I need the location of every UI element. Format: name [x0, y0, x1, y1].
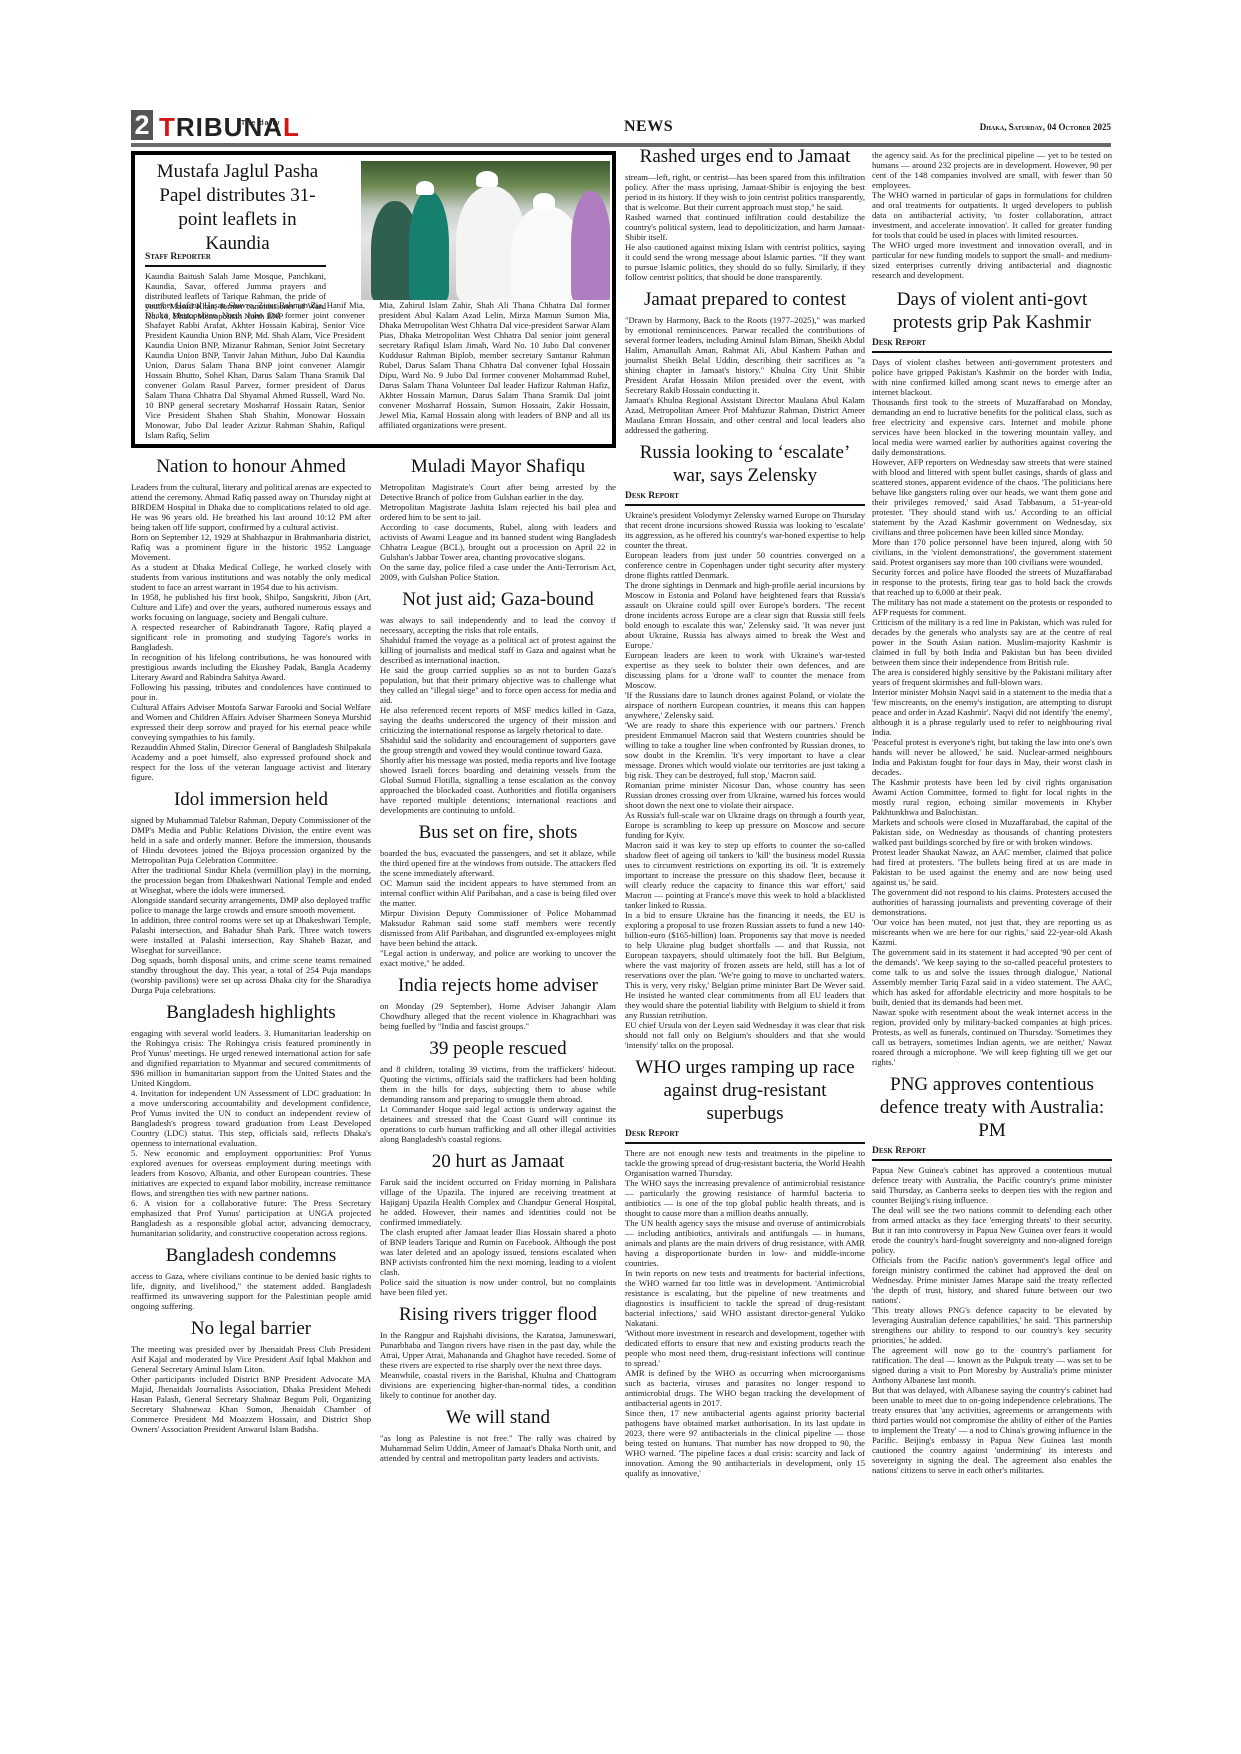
story-paragraph: The WHO urged more investment and innova…: [872, 240, 1112, 280]
story-paragraph: Cultural Affairs Adviser Mostofa Sarwar …: [131, 702, 371, 742]
story-body: "as long as Palestine is not free." The …: [380, 1433, 616, 1463]
story-headline: Rashed urges end to Jamaat: [625, 145, 865, 168]
story-headline: 20 hurt as Jamaat: [380, 1150, 616, 1173]
story-body: boarded the bus, evacuated the passenger…: [380, 848, 616, 968]
story-paragraph: 5. New economic and employment opportuni…: [131, 1148, 371, 1198]
story-body: Ukraine's president Volodymyr Zelensky w…: [625, 510, 865, 1050]
story-paragraph: The agreement will now go to the country…: [872, 1345, 1112, 1385]
story-paragraph: But that was delayed, with Albanese sayi…: [872, 1385, 1112, 1475]
story-headline: Muladi Mayor Shafiqu: [380, 455, 616, 478]
story-paragraph: Shortly after his message was posted, me…: [380, 755, 616, 815]
story-body: engaging with several world leaders. 3. …: [131, 1028, 371, 1238]
story-paragraph: "as long as Palestine is not free." The …: [380, 1433, 616, 1463]
story-paragraph: Markets and schools were closed in Muzaf…: [872, 817, 1112, 847]
story-paragraph: The government did not respond to his cl…: [872, 887, 1112, 917]
story-byline: Desk Report: [625, 491, 865, 506]
story-headline: Rising rivers trigger flood: [380, 1303, 616, 1326]
story-headline: Not just aid; Gaza-bound: [380, 588, 616, 611]
story-paragraph: Rashed warned that continued infiltratio…: [625, 212, 865, 242]
story-paragraph: Romanian prime minister Nicosur Dan, who…: [625, 780, 865, 810]
story-paragraph: In addition, three control rooms were se…: [131, 915, 371, 955]
story-india-rejects-home-adviser: India rejects home adviseron Monday (29 …: [380, 974, 616, 1031]
story-paragraph: Rezauddin Ahmed Stalin, Director General…: [131, 742, 371, 782]
story-paragraph: The WHO warned in particular of gaps in …: [872, 190, 1112, 240]
story-paragraph: A respected researcher of Rabindranath T…: [131, 622, 371, 652]
logo-tagline: The daily: [241, 111, 280, 137]
story-jamaat-prepared-to-contest: Jamaat prepared to contest"Drawn by Harm…: [625, 288, 865, 435]
story-paragraph: The WHO says the increasing prevalence o…: [625, 1178, 865, 1218]
story-byline: Desk Report: [872, 1146, 1112, 1161]
story-paragraph: Interior minister Mohsin Naqvi said in a…: [872, 687, 1112, 737]
story-paragraph: Officials from the Pacific nation's gove…: [872, 1255, 1112, 1305]
story-body: There are not enough new tests and treat…: [625, 1148, 865, 1478]
story-paragraph: In recognition of his lifelong contribut…: [131, 652, 371, 682]
story-paragraph: Faruk said the incident occurred on Frid…: [380, 1177, 616, 1227]
column-1: Nation to honour AhmedLeaders from the c…: [131, 455, 371, 1440]
story-paragraph: Papua New Guinea's cabinet has approved …: [872, 1165, 1112, 1205]
story-paragraph: The deal will see the two nations commit…: [872, 1205, 1112, 1255]
story-headline: PNG approves contentious defence treaty …: [872, 1073, 1112, 1142]
story-paragraph: 'We are ready to share this experience w…: [625, 720, 865, 780]
story-paragraph: The UN health agency says the misuse and…: [625, 1218, 865, 1268]
story-paragraph: boarded the bus, evacuated the passenger…: [380, 848, 616, 878]
story-body: stream—left, right, or centrist—has been…: [625, 172, 865, 282]
story-paragraph: Mirpur Division Deputy Commissioner of P…: [380, 908, 616, 948]
story-paragraph: He also referenced recent reports of MSF…: [380, 705, 616, 735]
story-headline: No legal barrier: [131, 1317, 371, 1340]
story-body: In the Rangpur and Rajshahi divisions, t…: [380, 1330, 616, 1400]
story-paragraph: signed by Muhammad Talebur Rahman, Deput…: [131, 815, 371, 865]
story-bangladesh-condemns: Bangladesh condemnsaccess to Gaza, where…: [131, 1244, 371, 1311]
story-paragraph: Dog squads, bomb disposal units, and cri…: [131, 955, 371, 995]
story-paragraph: stream—left, right, or centrist—has been…: [625, 172, 865, 212]
story-paragraph: He said the group carried supplies so as…: [380, 665, 616, 705]
story-paragraph: Nawaz spoke with resentment about the we…: [872, 1007, 1112, 1067]
newspaper-page: 2 The daily TRIBUNAL NEWS Dhaka, Saturda…: [0, 0, 1241, 1754]
story-paragraph: Shahidul said the solidarity and encoura…: [380, 735, 616, 755]
story-paragraph: Criticism of the military is a red line …: [872, 617, 1112, 667]
story-headline: India rejects home adviser: [380, 974, 616, 997]
story-paragraph: In the Rangpur and Rajshahi divisions, t…: [380, 1330, 616, 1370]
story-paragraph: 'If the Russians dare to launch drones a…: [625, 690, 865, 720]
story-rashed-urges-end-to-jamaat: Rashed urges end to Jamaatstream—left, r…: [625, 145, 865, 282]
story-paragraph: However, AFP reporters on Wednesday saw …: [872, 457, 1112, 537]
story-paragraph: 'Without more investment in research and…: [625, 1328, 865, 1368]
story-paragraph: Macron said it was key to step up effort…: [625, 840, 865, 910]
story-39-people-rescued: 39 people rescuedand 8 children, totalin…: [380, 1037, 616, 1144]
story-20-hurt-as-jamaat: 20 hurt as JamaatFaruk said the incident…: [380, 1150, 616, 1297]
story-byline: Desk Report: [625, 1129, 865, 1144]
story-headline: 39 people rescued: [380, 1037, 616, 1060]
story-body: signed by Muhammad Talebur Rahman, Deput…: [131, 815, 371, 995]
story-paragraph: and 8 children, totaling 39 victims, fro…: [380, 1064, 616, 1104]
story-bangladesh-highlights: Bangladesh highlightsengaging with sever…: [131, 1001, 371, 1238]
story-paragraph: The government said in its statement it …: [872, 947, 1112, 1007]
story-paragraph: On the same day, police filed a case und…: [380, 562, 616, 582]
story-muladi-mayor-shafiqu: Muladi Mayor ShafiquMetropolitan Magistr…: [380, 455, 616, 582]
who-continued-text: the agency said. As for the preclinical …: [872, 150, 1112, 280]
story-paragraph: In twin reports on new tests and treatme…: [625, 1268, 865, 1328]
feature-photo: [361, 161, 610, 300]
story-headline: Idol immersion held: [131, 788, 371, 811]
story-paragraph: Metropolitan Magistrate Jashita Islam re…: [380, 502, 616, 522]
story-body: Faruk said the incident occurred on Frid…: [380, 1177, 616, 1297]
story-paragraph: As Russia's full-scale war on Ukraine dr…: [625, 810, 865, 840]
story-nation-to-honour-ahmed: Nation to honour AhmedLeaders from the c…: [131, 455, 371, 782]
feature-headline: Mustafa Jaglul Pasha Papel distributes 3…: [145, 160, 330, 256]
story-paragraph: Police said the situation is now under c…: [380, 1277, 616, 1297]
story-body: was always to sail independently and to …: [380, 615, 616, 815]
story-headline: WHO urges ramping up race against drug-r…: [625, 1056, 865, 1125]
story-not-just-aid-gaza-bound: Not just aid; Gaza-boundwas always to sa…: [380, 588, 616, 815]
story-paragraph: access to Gaza, where civilians continue…: [131, 1271, 371, 1311]
tribunal-logo: 2 The daily TRIBUNAL: [131, 110, 300, 140]
story-paragraph: Days of violent clashes between anti-gov…: [872, 357, 1112, 397]
story-paragraph: engaging with several world leaders. 3. …: [131, 1028, 371, 1088]
story-paragraph: 'Our voice has been muted, not just that…: [872, 917, 1112, 947]
story-days-of-violent-anti-govt-protests-grip-: Days of violent anti-govt protests grip …: [872, 288, 1112, 1067]
section-title: NEWS: [624, 118, 673, 136]
column-4: the agency said. As for the preclinical …: [872, 150, 1112, 1481]
story-headline: Bangladesh highlights: [131, 1001, 371, 1024]
logo-page-number: 2: [131, 110, 153, 140]
story-paragraph: In a bid to ensure Ukraine has the finan…: [625, 910, 865, 1020]
column-2: Muladi Mayor ShafiquMetropolitan Magistr…: [380, 455, 616, 1469]
story-headline: Bangladesh condemns: [131, 1244, 371, 1267]
story-paragraph: on Monday (29 September), Home Adviser J…: [380, 1001, 616, 1031]
story-paragraph: Other participants included District BNP…: [131, 1374, 371, 1434]
column-3: Rashed urges end to Jamaatstream—left, r…: [625, 145, 865, 1484]
story-paragraph: As a student at Dhaka Medical College, h…: [131, 562, 371, 592]
story-paragraph: Born on September 12, 1929 at Shahbazpur…: [131, 532, 371, 562]
story-paragraph: Metropolitan Magistrate's Court after be…: [380, 482, 616, 502]
story-russia-looking-to-escalate-war-says-zele: Russia looking to ‘escalate’ war, says Z…: [625, 441, 865, 1050]
story-paragraph: Security forces and police have flooded …: [872, 567, 1112, 597]
story-body: Metropolitan Magistrate's Court after be…: [380, 482, 616, 582]
story-body: Leaders from the cultural, literary and …: [131, 482, 371, 782]
feature-header: Mustafa Jaglul Pasha Papel distributes 3…: [145, 160, 330, 256]
story-paragraph: He also cautioned against mixing Islam w…: [625, 242, 865, 282]
story-body: "Drawn by Harmony, Back to the Roots (19…: [625, 315, 865, 435]
story-paragraph: More than 170 police personnel have been…: [872, 537, 1112, 567]
story-paragraph: OC Mamun said the incident appears to ha…: [380, 878, 616, 908]
story-png-approves-contentious-defence-treaty-: PNG approves contentious defence treaty …: [872, 1073, 1112, 1475]
story-paragraph: the agency said. As for the preclinical …: [872, 150, 1112, 190]
story-headline: Days of violent anti-govt protests grip …: [872, 288, 1112, 334]
story-who-urges-ramping-up-race-against-drug-r: WHO urges ramping up race against drug-r…: [625, 1056, 865, 1478]
story-paragraph: Since then, 17 new antibacterial agents …: [625, 1408, 865, 1478]
story-body: Papua New Guinea's cabinet has approved …: [872, 1165, 1112, 1475]
story-body: Days of violent clashes between anti-gov…: [872, 357, 1112, 1067]
story-paragraph: EU chief Ursula von der Leyen said Wedne…: [625, 1020, 865, 1050]
story-paragraph: After the traditional Sindur Khela (verm…: [131, 865, 371, 895]
dateline: Dhaka, Saturday, 04 October 2025: [980, 122, 1111, 132]
story-rising-rivers-trigger-flood: Rising rivers trigger floodIn the Rangpu…: [380, 1303, 616, 1400]
story-paragraph: Protest leader Shaukat Nawaz, an AAC mem…: [872, 847, 1112, 887]
story-paragraph: 6. A vision for a collaborative future: …: [131, 1198, 371, 1238]
story-paragraph: In 1958, he published his first book, Sh…: [131, 592, 371, 622]
story-paragraph: European leaders from just under 50 coun…: [625, 550, 865, 580]
story-idol-immersion-held: Idol immersion heldsigned by Muhammad Ta…: [131, 788, 371, 995]
masthead-rule: [131, 143, 1111, 147]
story-paragraph: Shahidul framed the voyage as a politica…: [380, 635, 616, 665]
story-paragraph: The drone sightings in Denmark and high-…: [625, 580, 865, 650]
story-byline: Desk Report: [872, 338, 1112, 353]
story-headline: We will stand: [380, 1406, 616, 1429]
story-paragraph: The clash erupted after Jamaat leader Il…: [380, 1227, 616, 1277]
story-paragraph: The meeting was presided over by Jhenaid…: [131, 1344, 371, 1374]
story-body: The meeting was presided over by Jhenaid…: [131, 1344, 371, 1434]
story-headline: Bus set on fire, shots: [380, 821, 616, 844]
story-headline: Nation to honour Ahmed: [131, 455, 371, 478]
story-paragraph: Lt Commander Hoque said legal action is …: [380, 1104, 616, 1144]
story-paragraph: 4. Invitation for independent UN Assessm…: [131, 1088, 371, 1148]
story-paragraph: The military has not made a statement on…: [872, 597, 1112, 617]
story-paragraph: Alongside standard security arrangements…: [131, 895, 371, 915]
story-no-legal-barrier: No legal barrierThe meeting was presided…: [131, 1317, 371, 1434]
story-paragraph: Ukraine's president Volodymyr Zelensky w…: [625, 510, 865, 550]
feature-body-right: Mia, Zahirul Islam Zahir, Shah Ali Thana…: [379, 300, 610, 430]
feature-story-box: Mustafa Jaglul Pasha Papel distributes 3…: [131, 151, 616, 448]
story-body: access to Gaza, where civilians continue…: [131, 1271, 371, 1311]
story-paragraph: Thousands first took to the streets of M…: [872, 397, 1112, 457]
story-paragraph: The area is considered highly sensitive …: [872, 667, 1112, 687]
logo-wordmark: The daily TRIBUNAL: [159, 114, 300, 140]
story-paragraph: According to case documents, Rubel, alon…: [380, 522, 616, 562]
story-paragraph: "Legal action is underway, and police ar…: [380, 948, 616, 968]
masthead: 2 The daily TRIBUNAL NEWS Dhaka, Saturda…: [131, 108, 1111, 142]
story-headline: Russia looking to ‘escalate’ war, says Z…: [625, 441, 865, 487]
story-headline: Jamaat prepared to contest: [625, 288, 865, 311]
story-paragraph: 'This treaty allows PNG's defence capaci…: [872, 1305, 1112, 1345]
story-we-will-stand: We will stand"as long as Palestine is no…: [380, 1406, 616, 1463]
story-paragraph: Meanwhile, coastal rivers in the Barisha…: [380, 1370, 616, 1400]
story-paragraph: Jamaat's Khulna Regional Assistant Direc…: [625, 395, 865, 435]
story-body: and 8 children, totaling 39 victims, fro…: [380, 1064, 616, 1144]
story-paragraph: Leaders from the cultural, literary and …: [131, 482, 371, 532]
story-paragraph: was always to sail independently and to …: [380, 615, 616, 635]
feature-byline: Staff Reporter: [145, 252, 326, 267]
story-paragraph: There are not enough new tests and treat…: [625, 1148, 865, 1178]
story-bus-set-on-fire-shots: Bus set on fire, shotsboarded the bus, e…: [380, 821, 616, 968]
story-body: on Monday (29 September), Home Adviser J…: [380, 1001, 616, 1031]
story-paragraph: Following his passing, tributes and cond…: [131, 682, 371, 702]
feature-body-left: member Hafizul Hasan Shuvro, Ziaur Rahma…: [145, 300, 365, 440]
story-paragraph: 'Peaceful protest is everyone's right, b…: [872, 737, 1112, 777]
story-paragraph: The Kashmir protests have been led by ci…: [872, 777, 1112, 817]
story-paragraph: European leaders are keen to work with U…: [625, 650, 865, 690]
story-paragraph: AMR is defined by the WHO as occurring w…: [625, 1368, 865, 1408]
story-paragraph: "Drawn by Harmony, Back to the Roots (19…: [625, 315, 865, 395]
